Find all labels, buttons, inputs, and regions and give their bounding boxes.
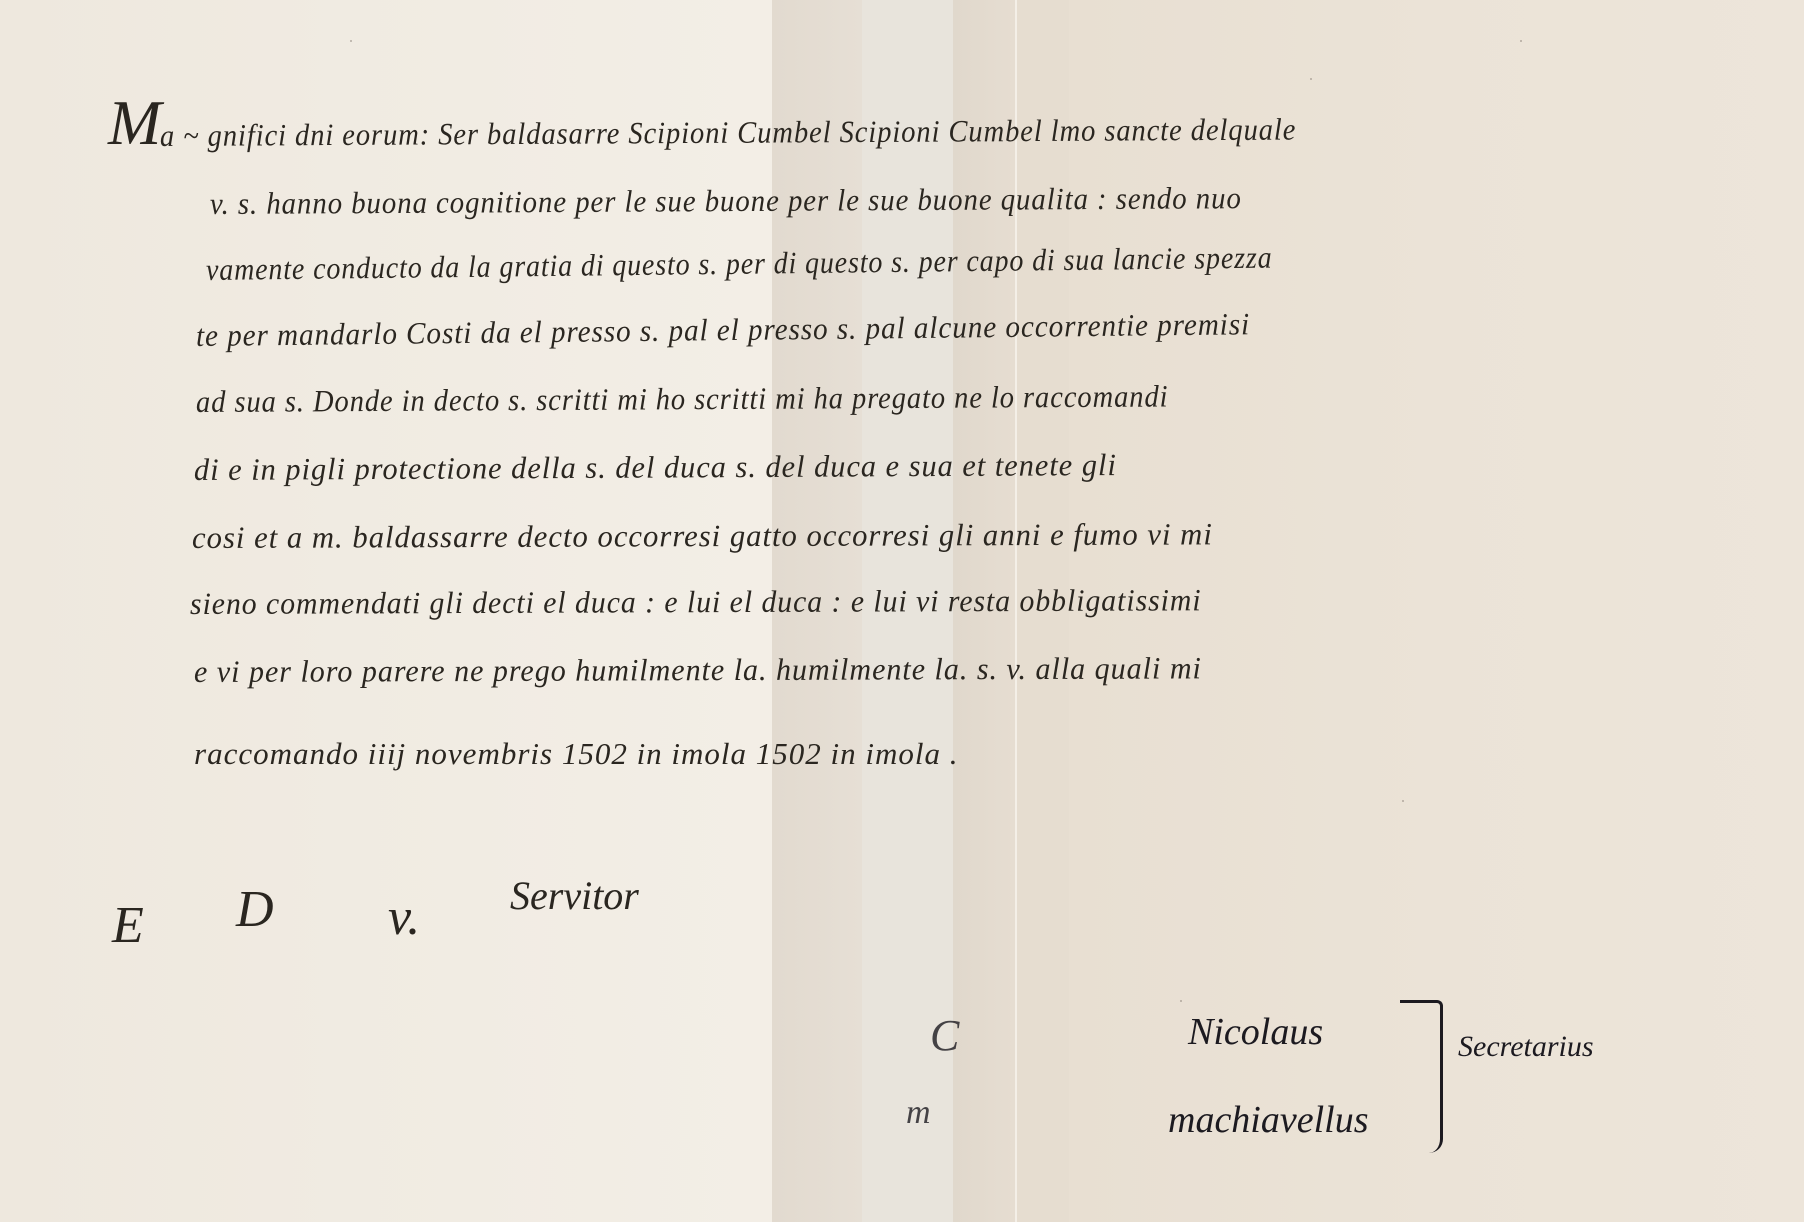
closing-initial-d: D: [236, 880, 274, 939]
closing-initial-e: E: [112, 896, 144, 955]
signature-first-name: Nicolaus: [1188, 1010, 1323, 1054]
letter-line-1: a ~ gnifici dni eorum: Ser baldasarre Sc…: [160, 112, 1296, 154]
paper-speck: [1180, 1000, 1182, 1002]
faded-fragment-m: m: [906, 1094, 931, 1132]
letter-line-10-date: raccomando iiij novembris 1502 in imola …: [194, 736, 959, 772]
manuscript-page: M a ~ gnifici dni eorum: Ser baldasarre …: [0, 0, 1804, 1222]
signature-title: Secretarius: [1458, 1030, 1594, 1064]
signature-last-name: machiavellus: [1168, 1098, 1369, 1142]
paper-speck: [1402, 800, 1404, 802]
letter-line-9: e vi per loro parere ne prego humilmente…: [194, 650, 1202, 690]
letter-line-2: v. s. hanno buona cognitione per le sue …: [210, 180, 1242, 222]
paper-speck: [1310, 78, 1312, 80]
letter-line-8: sieno commendati gli decti el duca : e l…: [190, 582, 1202, 622]
signature-bracket: [1400, 1000, 1443, 1153]
letter-line-6: di e in pigli protectione della s. del d…: [194, 447, 1117, 488]
faded-fragment-c: C: [930, 1010, 959, 1061]
paper-speck: [1520, 40, 1522, 42]
closing-servitor: Servitor: [510, 872, 639, 919]
salutation-initial: M: [108, 86, 161, 160]
letter-line-7: cosi et a m. baldassarre decto occorresi…: [192, 516, 1213, 556]
letter-line-5: ad sua s. Donde in decto s. scritti mi h…: [196, 378, 1169, 420]
closing-initial-v: v.: [388, 888, 420, 947]
paper-speck: [350, 40, 352, 42]
